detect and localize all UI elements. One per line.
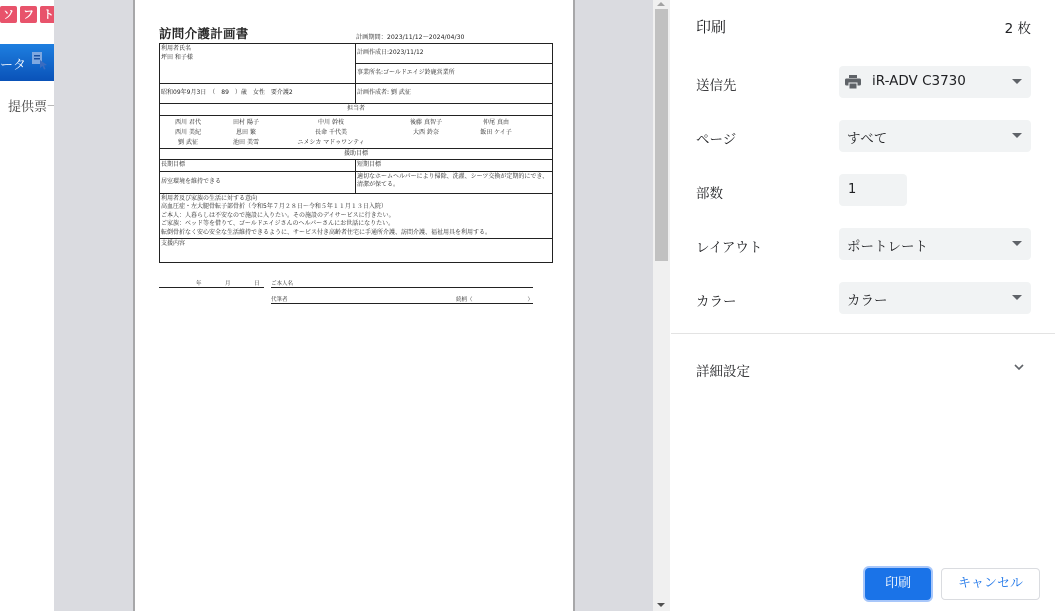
staff-header: 担当者 (160, 104, 553, 116)
background-sub-label: 提供票一 (8, 96, 60, 115)
dropdown-arrow-icon (1012, 79, 1022, 84)
print-preview-area: 訪問介護計画書 計画期間：2023/11/12～2024/04/30 利用者氏名… (54, 0, 656, 611)
app-logo: ソ フ ト (0, 6, 57, 23)
staff-name (466, 138, 526, 147)
sig-day: 日 (254, 279, 260, 287)
pages-label: ページ (696, 128, 736, 148)
wish-line: 転倒骨折なく安心安全な生活維持できるように、サービス付き高齢者住宅に手通所介護、… (161, 229, 551, 238)
staff-name: 後藤 真智子 (386, 118, 466, 127)
more-settings-toggle[interactable]: 詳細設定 (696, 360, 750, 380)
sig-year: 年 (196, 279, 202, 287)
plan-created-date: 計画作成日:2023/11/12 (356, 44, 553, 64)
panel-divider (671, 333, 1055, 334)
signature-name-line: ご本人名 (271, 279, 533, 288)
staff-name: 恩田 繁 (216, 128, 276, 137)
signature-agent-line: 代筆者 続柄（ ） (271, 295, 533, 304)
staff-name: 長命 千代美 (276, 128, 386, 137)
layout-select[interactable]: ポートレート (839, 228, 1031, 260)
wish-line: ご家族：ベッド等を借りて、ゴールドエイジさんのヘルパーさんにお世話になりたい。 (161, 220, 551, 229)
goals-header: 援助目標 (160, 148, 553, 160)
copies-input[interactable]: 1 (839, 174, 907, 206)
staff-name: 大西 鈴奈 (386, 128, 466, 137)
pages-select[interactable]: すべて (839, 120, 1031, 152)
copies-label: 部数 (696, 182, 723, 202)
color-label: カラー (696, 290, 737, 310)
staff-name: 中川 幹枝 (276, 118, 386, 127)
wishes-cell: 利用者及び家族の生活に対する意向 高血圧症・左大腿骨転子部骨折（令和5年７月２８… (160, 193, 553, 239)
client-name: 坪田 和子様 (161, 54, 354, 63)
nav-label: ータ (0, 54, 26, 73)
sig-relation-close: ） (527, 295, 533, 303)
support-content: 支援内容 (160, 239, 553, 263)
sig-relation-label: 続柄（ (456, 295, 473, 303)
staff-name: 西川 美紀 (160, 128, 216, 137)
document-cursor-icon (32, 52, 48, 70)
destination-select[interactable]: iR-ADV C3730 (839, 66, 1031, 98)
staff-name: 池田 美雪 (216, 138, 276, 147)
background-navbar: ータ (0, 44, 60, 81)
dropdown-arrow-icon (1012, 295, 1022, 300)
staff-name: 仲尾 真由 (466, 118, 526, 127)
signature-date-line: 年 月 日 (159, 279, 264, 288)
logo-char: ソ (0, 6, 17, 23)
chevron-down-icon[interactable] (1013, 362, 1025, 372)
client-name-label: 利用者氏名 (161, 45, 354, 54)
layout-value: ポートレート (847, 235, 928, 255)
short-term-goal: 適切なホームヘルパーにより掃除、洗濯、シーツ交換が定期的にでき、清潔が保てる。 (356, 171, 553, 193)
scroll-down-arrow-icon[interactable] (657, 603, 665, 607)
sig-month: 月 (225, 279, 231, 287)
printer-icon (845, 75, 861, 89)
cancel-button[interactable]: キャンセル (941, 568, 1040, 600)
plan-author: 計画作成者: 劉 武征 (356, 84, 553, 104)
preview-scrollbar[interactable] (653, 0, 670, 611)
wish-line: 高血圧症・左大腿骨転子部骨折（令和5年７月２８日～令和５年１１月１３日入院） (161, 203, 551, 212)
logo-char: フ (20, 6, 37, 23)
staff-name: ニメシカ マドゥワンティ (276, 138, 386, 147)
print-button[interactable]: 印刷 (865, 568, 931, 600)
office-name: 事業所名:ゴールドエイジ鈴鹿営業所 (356, 64, 553, 84)
care-plan-table: 利用者氏名 坪田 和子様 計画作成日:2023/11/12 事業所名:ゴールドエ… (159, 43, 553, 263)
staff-name (386, 138, 466, 147)
wish-line: ご本人：人暮らしは不安なので施設に入りたい。その施設のデイサービスに行きたい。 (161, 212, 551, 221)
short-term-label: 短期目標 (356, 160, 553, 172)
color-select[interactable]: カラー (839, 282, 1031, 314)
copies-value: 1 (848, 182, 856, 197)
pages-value: すべて (847, 127, 887, 147)
layout-label: レイアウト (696, 236, 762, 256)
color-value: カラー (847, 289, 888, 309)
preview-page: 訪問介護計画書 計画期間：2023/11/12～2024/04/30 利用者氏名… (135, 0, 573, 611)
long-term-label: 長期目標 (160, 160, 356, 172)
signature-area: 年 月 日 ご本人名 代筆者 続柄（ ） (159, 273, 553, 313)
destination-label: 送信先 (696, 74, 737, 94)
care-plan-document: 訪問介護計画書 計画期間：2023/11/12～2024/04/30 利用者氏名… (159, 24, 553, 313)
staff-name: 西川 君代 (160, 118, 216, 127)
destination-value: iR-ADV C3730 (872, 73, 966, 89)
wishes-label: 利用者及び家族の生活に対する意向 (161, 195, 551, 204)
staff-name: 田村 陽子 (216, 118, 276, 127)
staff-name: 劉 武征 (160, 138, 216, 147)
sig-name-label: ご本人名 (271, 281, 293, 287)
client-name-cell: 利用者氏名 坪田 和子様 (160, 44, 356, 84)
birth-info: 昭和09年9月3日 （ 89 ）歳 女性 要介護2 (160, 84, 356, 104)
panel-title: 印刷 (696, 16, 726, 37)
print-settings-panel: 印刷 2 枚 送信先 iR-ADV C3730 ページ すべて 部数 1 レイア… (671, 0, 1055, 611)
dropdown-arrow-icon (1012, 241, 1022, 246)
staff-name: 飯田 ケイ子 (466, 128, 526, 137)
sig-agent-label: 代筆者 (271, 297, 288, 303)
staff-list: 西川 君代 田村 陽子 中川 幹枝 後藤 真智子 仲尾 真由 西川 美紀 恩田 … (160, 116, 552, 148)
plan-period: 計画期間：2023/11/12～2024/04/30 (356, 32, 464, 41)
dropdown-arrow-icon (1012, 133, 1022, 138)
scroll-up-arrow-icon[interactable] (657, 2, 665, 6)
scroll-thumb[interactable] (655, 9, 668, 261)
sheet-count: 2 枚 (1005, 17, 1031, 37)
long-term-goal: 居室環境を維持できる (160, 171, 356, 193)
